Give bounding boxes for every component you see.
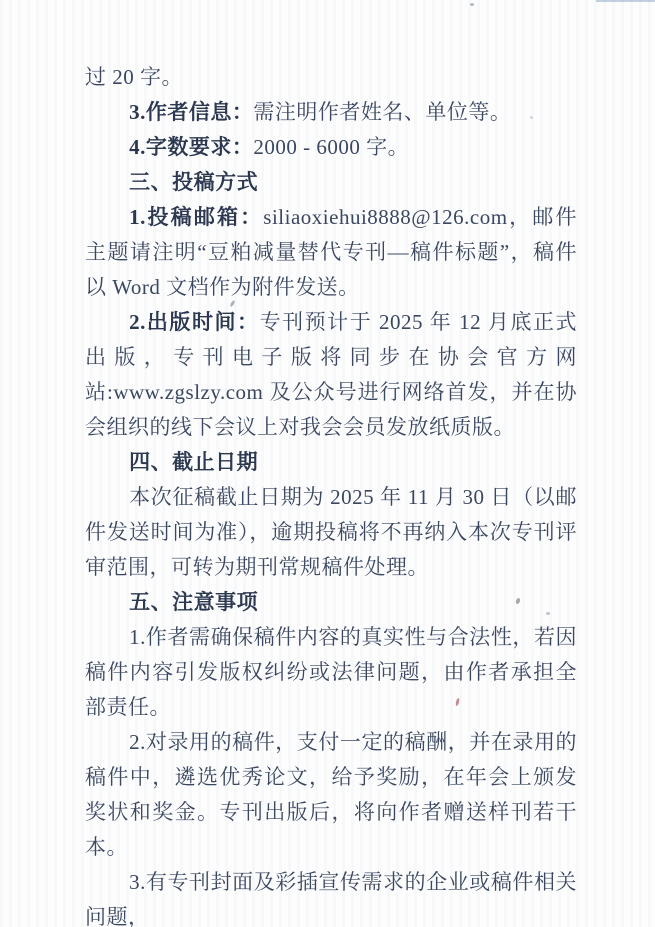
paragraph-author-info: 3.作者信息：需注明作者姓名、单位等。 — [85, 95, 577, 130]
item-label-publication-time: 2.出版时间： — [129, 310, 259, 334]
section-heading-notes: 五、注意事项 — [85, 585, 577, 620]
scanned-document-page: 过 20 字。 3.作者信息：需注明作者姓名、单位等。 4.字数要求：2000 … — [0, 0, 655, 927]
document-text-block: 过 20 字。 3.作者信息：需注明作者姓名、单位等。 4.字数要求：2000 … — [85, 60, 577, 927]
section-heading-submission-method: 三、投稿方式 — [85, 165, 577, 200]
paragraph-submission-email: 1.投稿邮箱：siliaoxiehui8888@126.com，邮件主题请注明“… — [85, 200, 577, 305]
scan-artifact-edge-line — [596, 0, 655, 2]
paragraph-word-count: 4.字数要求：2000 - 6000 字。 — [85, 130, 577, 165]
item-text-author-info: 需注明作者姓名、单位等。 — [253, 100, 511, 124]
section-heading-deadline: 四、截止日期 — [85, 445, 577, 480]
paragraph-note-1-legality: 1.作者需确保稿件内容的真实性与合法性，若因稿件内容引发版权纠纷或法律问题，由作… — [85, 620, 577, 725]
scan-artifact-speck — [470, 3, 474, 6]
item-label-author-info: 3.作者信息： — [129, 100, 253, 124]
paragraph-note-2-remuneration: 2.对录用的稿件，支付一定的稿酬，并在录用的稿件中，遴选优秀论文，给予奖励，在年… — [85, 725, 577, 865]
paragraph-deadline-detail: 本次征稿截止日期为 2025 年 11 月 30 日（以邮件发送时间为准），逾期… — [85, 480, 577, 585]
scan-artifact-speck — [530, 116, 533, 119]
item-text-word-count: 2000 - 6000 字。 — [253, 135, 409, 159]
paragraph-continuation-word-limit: 过 20 字。 — [85, 60, 577, 95]
paragraph-publication-time: 2.出版时间：专刊预计于 2025 年 12 月底正式出版，专刊电子版将同步在协… — [85, 305, 577, 445]
scan-artifact-speck — [546, 612, 550, 615]
item-label-word-count: 4.字数要求： — [129, 135, 253, 159]
item-label-submission-email: 1.投稿邮箱： — [129, 205, 263, 229]
paragraph-note-3-cover-ads: 3.有专刊封面及彩插宣传需求的企业或稿件相关问题， — [85, 865, 577, 927]
